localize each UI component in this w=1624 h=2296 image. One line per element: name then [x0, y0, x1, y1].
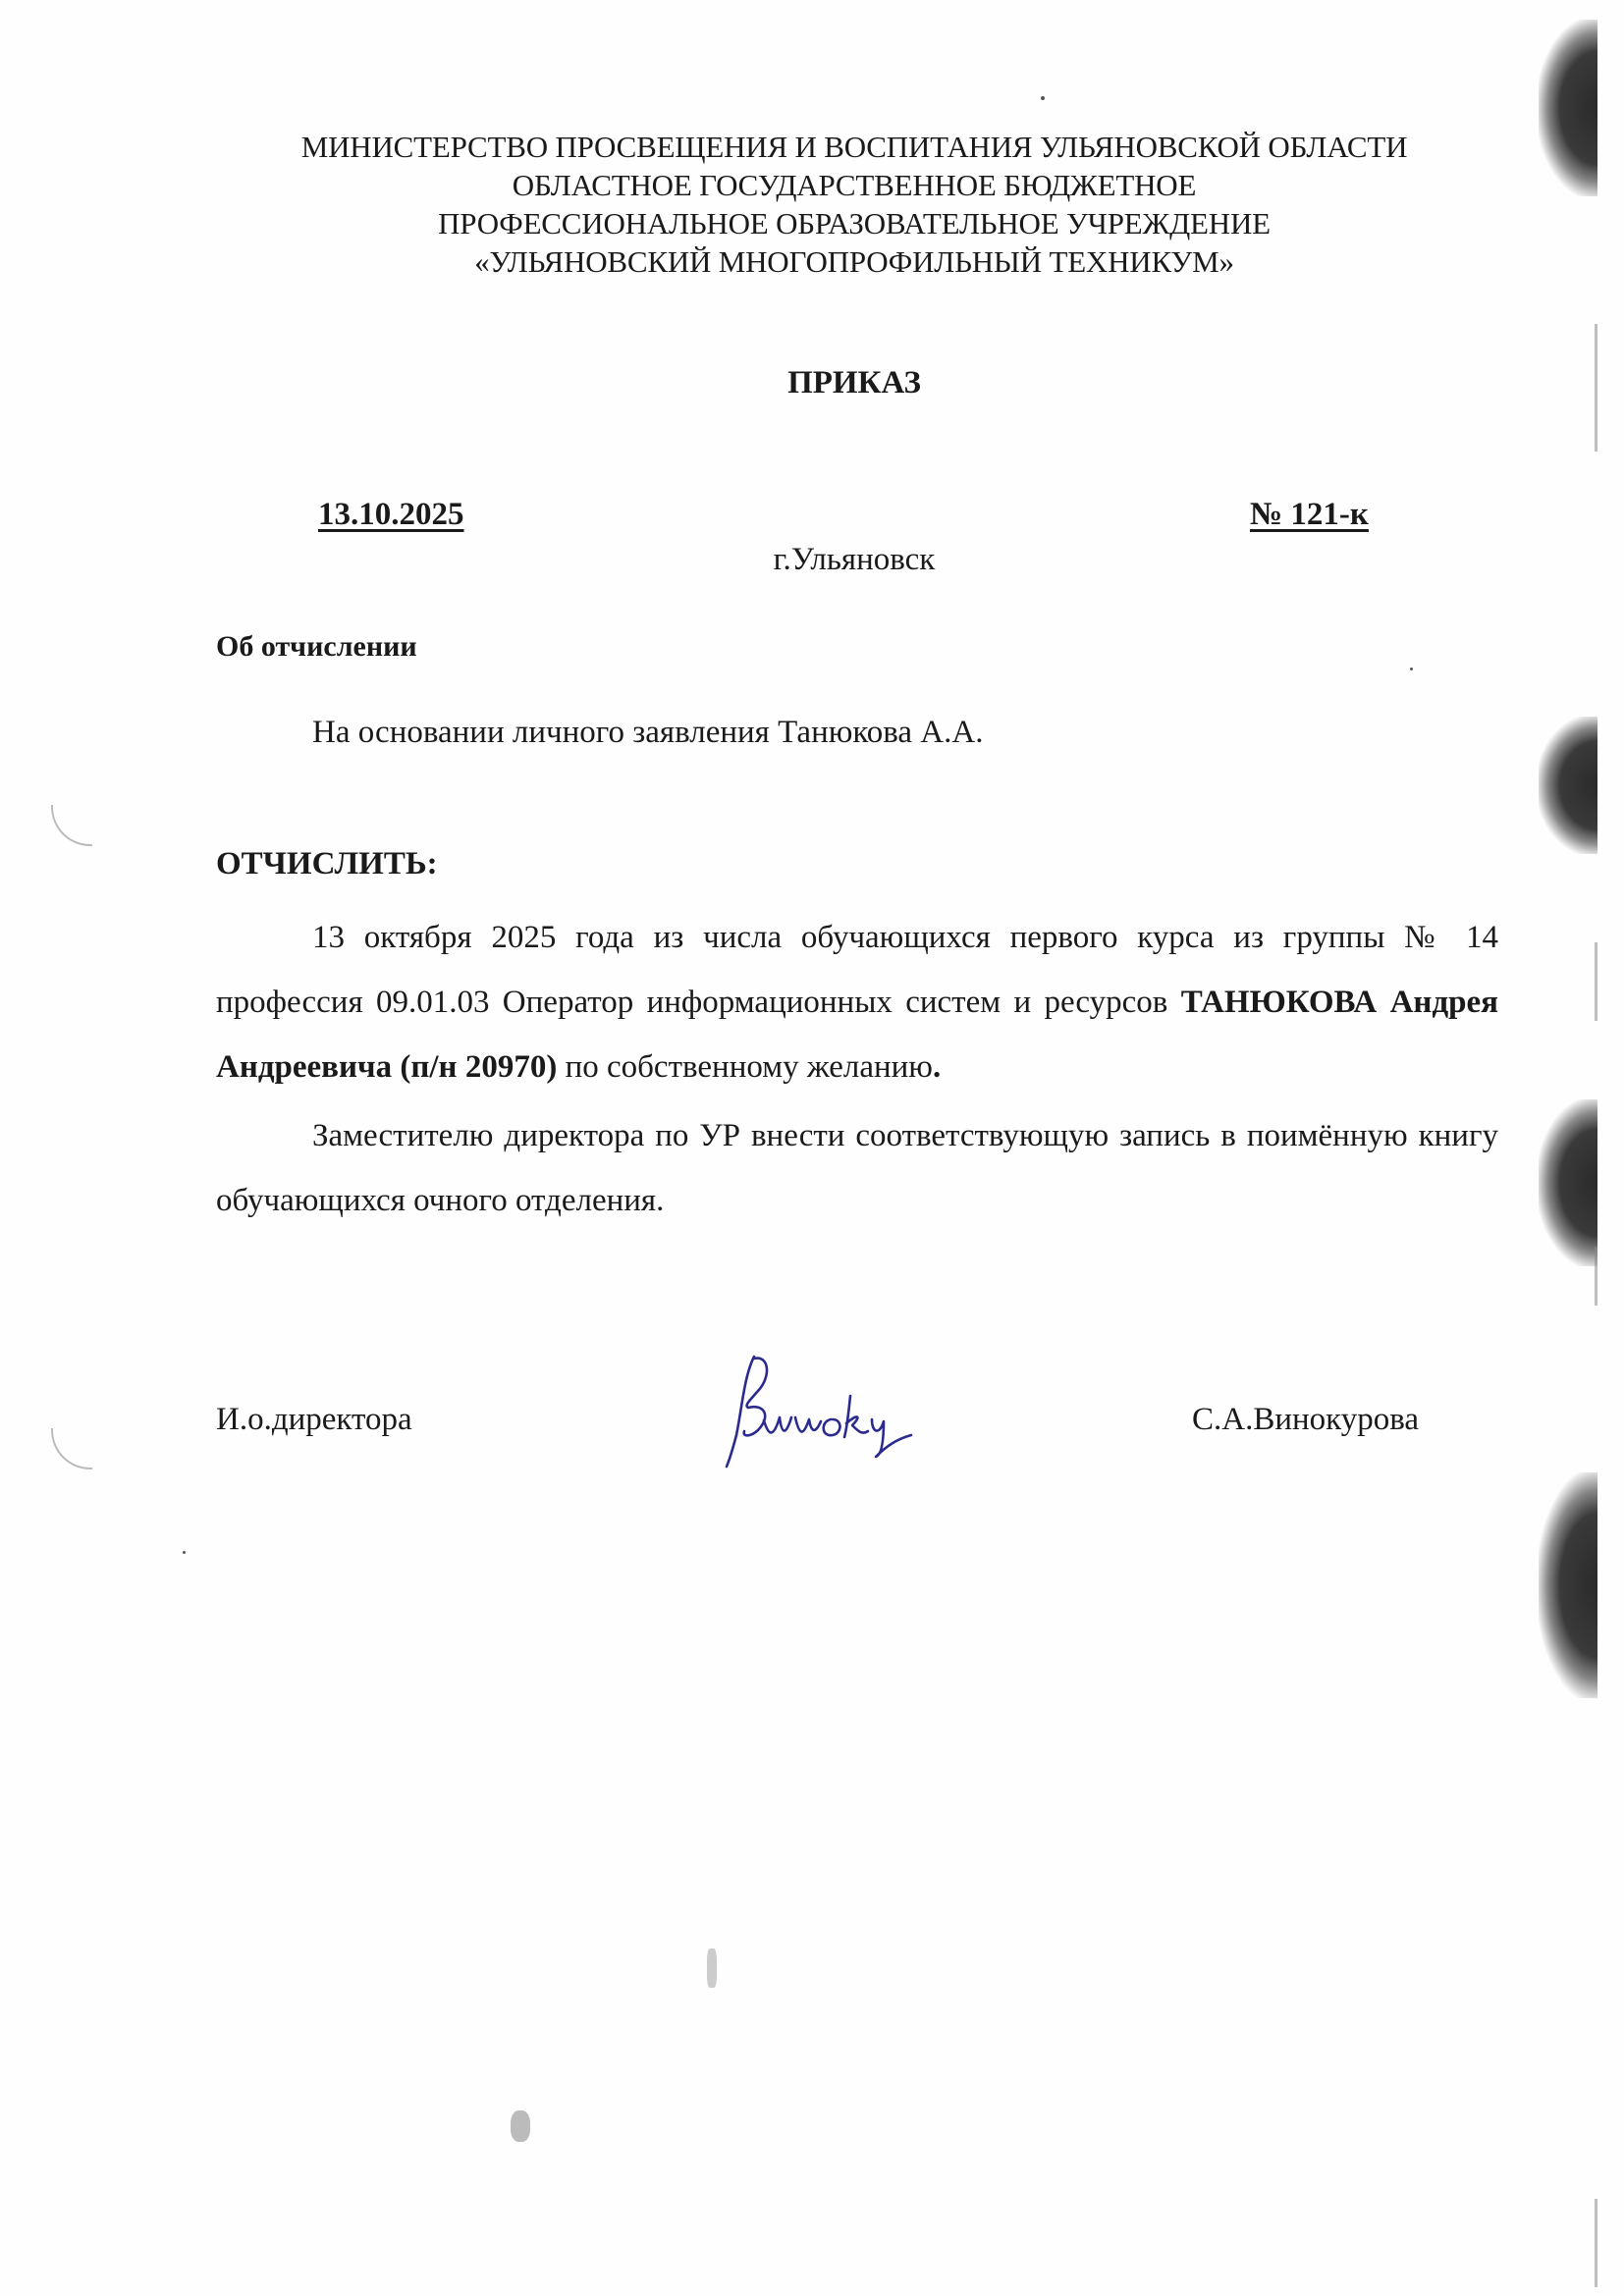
scan-edge-line	[1595, 1247, 1597, 1306]
order-paragraph-expulsion: 13 октября 2025 года из числа обучающихс…	[216, 905, 1498, 1099]
order-paragraph-record: Заместителю директора по УР внести соотв…	[216, 1103, 1498, 1233]
binder-hole-shadow-middle	[1539, 717, 1597, 854]
document-title: ПРИКАЗ	[0, 365, 1624, 401]
order-subject: Об отчислении	[216, 630, 417, 664]
scan-speck	[1041, 96, 1045, 100]
signatory-role: И.о.директора	[216, 1402, 412, 1438]
punch-hole-arc	[51, 1428, 92, 1469]
paragraph-text: по собственному желанию	[557, 1049, 933, 1085]
scanned-page: МИНИСТЕРСТВО ПРОСВЕЩЕНИЯ И ВОСПИТАНИЯ УЛ…	[0, 0, 1624, 2296]
scan-speck	[707, 1949, 717, 1988]
binder-hole-shadow-lower	[1539, 1099, 1597, 1266]
paragraph-text: Заместителю директора по УР внести соотв…	[216, 1118, 1498, 1218]
scan-speck	[511, 2110, 530, 2142]
header-line-education: ПРОФЕССИОНАЛЬНОЕ ОБРАЗОВАТЕЛЬНОЕ УЧРЕЖДЕ…	[0, 204, 1624, 242]
signatory-name: С.А.Винокурова	[1192, 1402, 1419, 1438]
scan-speck	[1410, 667, 1413, 670]
header-line-type: ОБЛАСТНОЕ ГОСУДАРСТВЕННОЕ БЮДЖЕТНОЕ	[0, 166, 1624, 204]
header-line-name: «УЛЬЯНОВСКИЙ МНОГОПРОФИЛЬНЫЙ ТЕХНИКУМ»	[0, 242, 1624, 281]
punch-hole-arc	[51, 805, 92, 846]
order-number: № 121-к	[1250, 497, 1369, 533]
scan-edge-line	[1595, 942, 1597, 1021]
paragraph-period: .	[933, 1049, 941, 1085]
header-line-ministry: МИНИСТЕРСТВО ПРОСВЕЩЕНИЯ И ВОСПИТАНИЯ УЛ…	[0, 128, 1624, 166]
handwritten-signature	[715, 1347, 921, 1474]
order-heading: ОТЧИСЛИТЬ:	[216, 846, 438, 882]
order-basis: На основании личного заявления Танюкова …	[312, 715, 983, 751]
institution-header: МИНИСТЕРСТВО ПРОСВЕЩЕНИЯ И ВОСПИТАНИЯ УЛ…	[0, 128, 1624, 281]
scan-speck	[183, 1551, 186, 1554]
order-city: г.Ульяновск	[0, 542, 1624, 578]
student-id: (п/н 20970)	[392, 1049, 557, 1085]
scan-edge-line	[1595, 2199, 1597, 2287]
binder-hole-shadow-bottom	[1539, 1472, 1597, 1698]
order-date: 13.10.2025	[318, 497, 464, 533]
